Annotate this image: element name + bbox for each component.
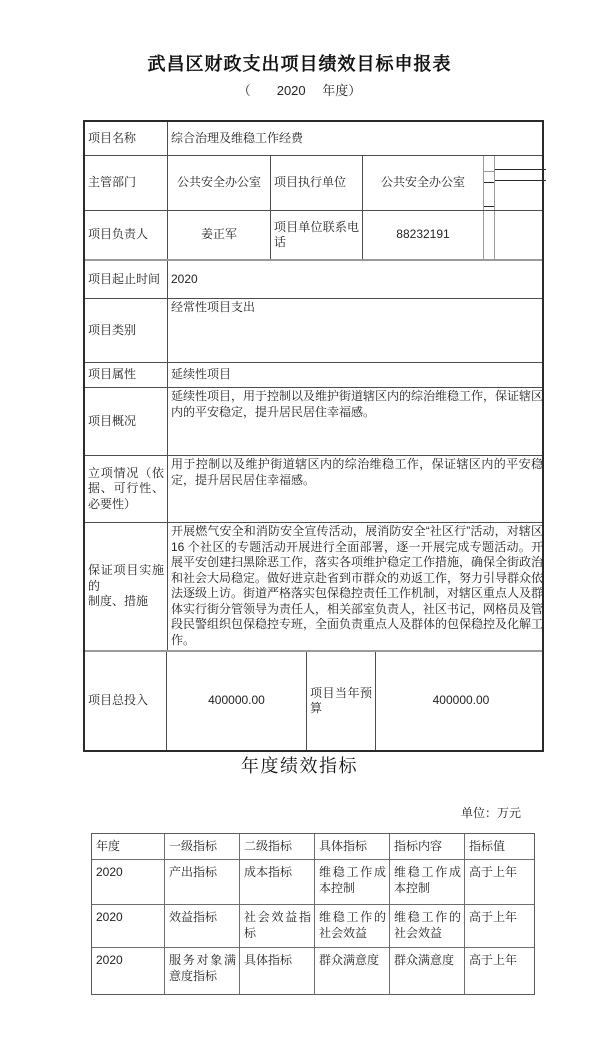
- unit-note: 单位：万元: [461, 804, 521, 821]
- project-name-label: 项目名称: [85, 122, 167, 155]
- cell-level2: 具体指标: [239, 948, 314, 994]
- annual-indicators-table: 年度 一级指标 二级指标 具体指标 指标内容 指标值 2020 产出指标 成本指…: [91, 833, 535, 995]
- row-department: 主管部门 公共安全办公室 项目执行单位 公共安全办公室: [85, 155, 542, 210]
- department-label: 主管部门: [85, 156, 167, 210]
- justification-value: 用于控制以及维护街道辖区内的综治维稳工作，保证辖区内的平安稳定，提升居民居住幸福…: [167, 456, 546, 522]
- row-period: 项目起止时间 2020: [85, 259, 542, 298]
- manager-value: 姜正军: [167, 211, 270, 259]
- executing-unit-label: 项目执行单位: [270, 156, 362, 210]
- cell-level1: 产出指标: [164, 860, 239, 904]
- cell-specific: 维稳工作的社会效益: [314, 905, 389, 947]
- cell-level1: 效益指标: [164, 905, 239, 947]
- row-overview: 项目概况 延续性项目，用于控制以及维护街道辖区内的综治维稳工作，保证辖区内的平安…: [85, 387, 542, 455]
- header-indicator-content: 指标内容: [389, 834, 464, 859]
- attribute-label: 项目属性: [85, 363, 167, 387]
- justification-label: 立项情况（依据、可行性、必要性）: [85, 456, 167, 522]
- department-value: 公共安全办公室: [167, 156, 270, 210]
- cell-value: 高于上年: [464, 860, 536, 904]
- period-value: 2020: [167, 261, 546, 298]
- executing-unit-value: 公共安全办公室: [362, 156, 483, 210]
- overview-value: 延续性项目，用于控制以及维护街道辖区内的综治维稳工作，保证辖区内的平安稳定，提升…: [167, 388, 546, 455]
- header-specific-indicator: 具体指标: [314, 834, 389, 859]
- cell-value: 高于上年: [464, 948, 536, 994]
- project-name-value: 综合治理及维稳工作经费: [167, 122, 546, 155]
- contact-phone-value: 88232191: [362, 211, 483, 259]
- cell-value: 高于上年: [464, 905, 536, 947]
- document-title: 武昌区财政支出项目绩效目标申报表: [0, 50, 599, 76]
- header-level2-indicator: 二级指标: [239, 834, 314, 859]
- row-measures: 保证项目实施的 制度、措施 开展燃气安全和消防安全宣传活动，展消防安全“社区行”…: [85, 522, 542, 650]
- cell-level2: 成本指标: [239, 860, 314, 904]
- cell-level1: 服务对象满意度指标: [164, 948, 239, 994]
- indicators-header-row: 年度 一级指标 二级指标 具体指标 指标内容 指标值: [92, 834, 534, 859]
- row-attribute: 项目属性 延续性项目: [85, 362, 542, 387]
- cell-content: 维稳工作成本控制: [389, 860, 464, 904]
- contact-phone-label: 项目单位联系电话: [270, 211, 362, 259]
- indicator-row: 2020 效益指标 社会效益指标 维稳工作的社会效益 维稳工作的社会效益 高于上…: [92, 904, 534, 947]
- cell-level2: 社会效益指标: [239, 905, 314, 947]
- annual-budget-value: 400000.00: [375, 652, 546, 750]
- row-justification: 立项情况（依据、可行性、必要性） 用于控制以及维护街道辖区内的综治维稳工作，保证…: [85, 455, 542, 522]
- spare-cells-region: [483, 211, 546, 259]
- document-subtitle: （ 2020 年度）: [0, 80, 599, 99]
- header-level1-indicator: 一级指标: [164, 834, 239, 859]
- annual-indicators-title: 年度绩效指标: [0, 752, 599, 778]
- total-investment-label: 项目总投入: [85, 652, 166, 750]
- overview-label: 项目概况: [85, 388, 167, 455]
- total-investment-value: 400000.00: [166, 652, 306, 750]
- cell-year: 2020: [92, 948, 164, 994]
- row-manager: 项目负责人 姜正军 项目单位联系电话 88232191: [85, 210, 542, 259]
- annual-budget-label: 项目当年预算: [306, 652, 375, 750]
- manager-label: 项目负责人: [85, 211, 167, 259]
- measures-value: 开展燃气安全和消防安全宣传活动，展消防安全“社区行”活动，对辖区 16 个社区的…: [167, 523, 546, 650]
- cell-content: 维稳工作的社会效益: [389, 905, 464, 947]
- indicator-row: 2020 服务对象满意度指标 具体指标 群众满意度 群众满意度 高于上年: [92, 947, 534, 994]
- measures-label: 保证项目实施的 制度、措施: [85, 523, 167, 650]
- cell-year: 2020: [92, 905, 164, 947]
- spare-cells-region: [483, 156, 546, 210]
- cell-content: 群众满意度: [389, 948, 464, 994]
- row-investment: 项目总投入 400000.00 项目当年预算 400000.00: [85, 650, 542, 750]
- header-indicator-value: 指标值: [464, 834, 536, 859]
- header-year: 年度: [92, 834, 164, 859]
- period-label: 项目起止时间: [85, 261, 167, 298]
- cell-specific: 维稳工作成本控制: [314, 860, 389, 904]
- category-label: 项目类别: [85, 299, 167, 362]
- project-info-table: 项目名称 综合治理及维稳工作经费 主管部门 公共安全办公室 项目执行单位 公共安…: [83, 120, 544, 752]
- indicator-row: 2020 产出指标 成本指标 维稳工作成本控制 维稳工作成本控制 高于上年: [92, 859, 534, 904]
- document-page: 武昌区财政支出项目绩效目标申报表 （ 2020 年度） 项目名称 综合治理及维稳…: [0, 0, 599, 1048]
- row-category: 项目类别 经常性项目支出: [85, 298, 542, 362]
- cell-year: 2020: [92, 860, 164, 904]
- row-project-name: 项目名称 综合治理及维稳工作经费: [85, 122, 542, 155]
- category-value: 经常性项目支出: [167, 299, 546, 362]
- cell-specific: 群众满意度: [314, 948, 389, 994]
- attribute-value: 延续性项目: [167, 363, 546, 387]
